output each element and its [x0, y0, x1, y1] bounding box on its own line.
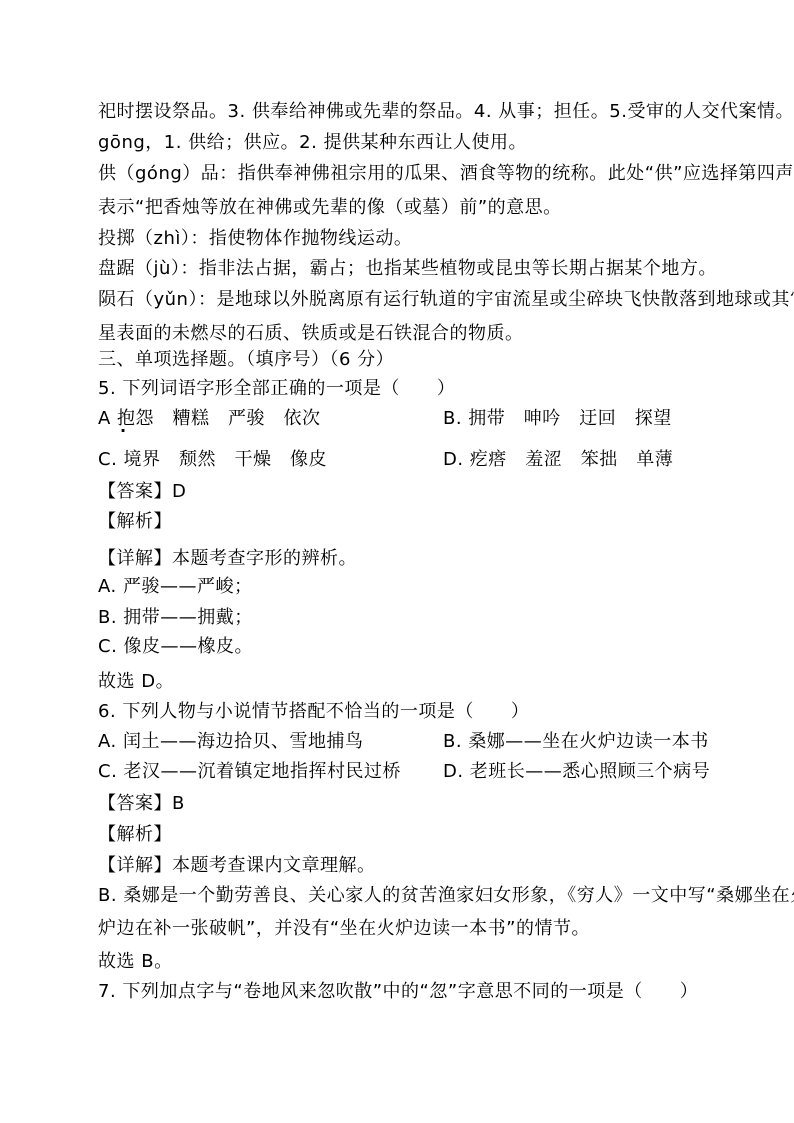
text-line: C. 境界 颓然 干燥 像皮	[98, 448, 327, 472]
text-line: 故选 D。	[98, 670, 174, 694]
text-line: 盘踞（jù）：指非法占据，霸占；也指某些植物或昆虫等长期占据某个地方。	[98, 257, 717, 281]
text-line: C. 老汉——沉着镇定地指挥村民过桥	[98, 760, 401, 784]
text-line: 7. 下列加点字与“卷地风来忽吹散”中的“忽”字意思不同的一项是（ ）	[98, 980, 698, 1004]
text-line: 表示“把香烛等放在神佛或先辈的像（或墓）前”的意思。	[98, 196, 562, 220]
text-line: 【详解】本题考查字形的辨析。	[98, 547, 357, 571]
text-line: D. 老班长——悉心照顾三个病号	[443, 760, 710, 784]
text-line: B. 桑娜是一个勤劳善良、关心家人的贫苦渔家妇女形象，《穷人》一文中写“桑娜坐在…	[98, 884, 794, 908]
text-line: 供（góng）品：指供奉神佛祖宗用的瓜果、酒食等物的统称。此处“供”应选择第四声…	[98, 162, 794, 186]
text-line: 祀时摆设祭品。3. 供奉给神佛或先辈的祭品。4. 从事；担任。5.受审的人交代案…	[98, 100, 794, 124]
text-line: 【解析】	[98, 510, 172, 534]
text-line: 三、单项选择题。（填序号）（6 分）	[98, 348, 394, 372]
text-line: A 抱怨 糟糕 严骏 依次	[98, 407, 321, 431]
text-line: 【答案】D	[98, 480, 186, 504]
document-page: · 祀时摆设祭品。3. 供奉给神佛或先辈的祭品。4. 从事；担任。5.受审的人交…	[0, 0, 794, 1123]
text-line: gōng，1. 供给；供应。2. 提供某种东西让人使用。	[98, 131, 527, 155]
text-line: 【答案】B	[98, 792, 185, 816]
text-line: 故选 B。	[98, 950, 173, 974]
text-line: 炉边在补一张破帆”，并没有“坐在火炉边读一本书”的情节。	[98, 917, 590, 941]
text-line: 6. 下列人物与小说情节搭配不恰当的一项是（ ）	[98, 700, 529, 724]
text-line: 5. 下列词语字形全部正确的一项是（ ）	[98, 377, 455, 401]
text-line: 【解析】	[98, 823, 172, 847]
text-line: C. 像皮——橡皮。	[98, 635, 253, 659]
text-line: B. 拥带 呻吟 迂回 探望	[443, 407, 672, 431]
text-line: 投掷（zhì）：指使物体作抛物线运动。	[98, 227, 412, 251]
text-line: A. 闰土——海边拾贝、雪地捕鸟	[98, 730, 363, 754]
text-line: D. 疙瘩 羞涩 笨拙 单薄	[443, 448, 673, 472]
text-line: 【详解】本题考查课内文章理解。	[98, 854, 376, 878]
text-line: B. 拥带——拥戴；	[98, 606, 253, 630]
text-line: B. 桑娜——坐在火炉边读一本书	[443, 730, 709, 754]
text-line: A. 严骏——严峻；	[98, 575, 252, 599]
text-line: 星表面的未燃尽的石质、铁质或是石铁混合的物质。	[98, 322, 524, 346]
text-line: 陨石（yǔn）：是地球以外脱离原有运行轨道的宇宙流星或尘碎块飞快散落到地球或其它…	[98, 288, 794, 312]
